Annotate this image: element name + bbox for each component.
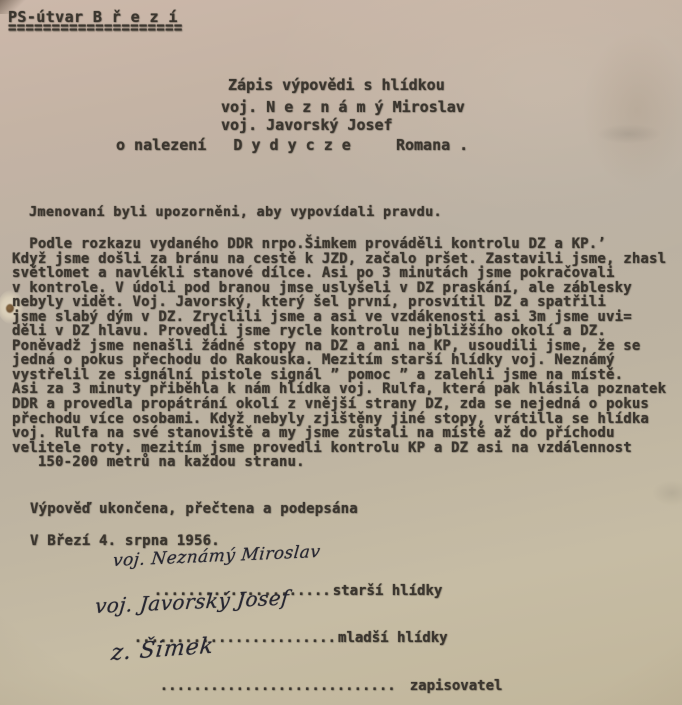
testimony-line: 150-200 metrů na každou stranu. xyxy=(12,455,666,470)
testimony-line: Asi za 3 minuty přiběhla k nám hlídka vo… xyxy=(12,382,666,397)
testimony-line: jedná o pokus přechodu do Rakouska. Mezi… xyxy=(12,353,666,368)
document-title: Zápis výpovědi s hlídkou xyxy=(228,76,445,94)
closing-statement: Výpověď ukončena, přečtena a podepsána xyxy=(30,501,358,517)
paper-stain xyxy=(596,124,662,144)
testimony-line: děli v DZ hlavu. Provedli jsme rycle kon… xyxy=(12,324,666,339)
testimony-line: v kontrole. V údoli pod branou jmse usly… xyxy=(12,281,666,296)
signature-role-label: starší hlídky xyxy=(333,583,443,599)
signature-row-recorder: ............................zapisovatel xyxy=(126,662,502,705)
header-underline: ==================== xyxy=(8,18,183,38)
signature-role-label: mladší hlídky xyxy=(338,630,448,646)
testimony-line: světlomet a navlékli stanové dílce. Asi … xyxy=(12,266,666,281)
signature-role-label: zapisovatel xyxy=(410,678,503,694)
signature-dotted-line: ............................ xyxy=(160,678,396,694)
subject-line: o nalezení D y d y c z e Romana . xyxy=(116,136,468,154)
paper-stain xyxy=(652,480,682,506)
testimony-line: nebyly vidět. Voj. Javorský, který šel p… xyxy=(12,295,666,310)
testimony-line: DDR a provedla propátrání okolí z vnější… xyxy=(12,397,666,412)
witness-name-1: voj. N e z n á m ý Miroslav xyxy=(221,98,465,116)
testimony-line: voj. Rulfa na své stanoviště a my jsme z… xyxy=(12,426,666,441)
witness-name-2: voj. Javorský Josef xyxy=(221,116,393,134)
oath-statement: Jmenovaní byli upozorněni, aby vypovídal… xyxy=(29,204,442,220)
scanned-document-page: PS-útvar B ř e z í ==================== … xyxy=(0,0,682,705)
testimony-line: přechodu více osobami. Když nebyly zjišt… xyxy=(12,412,666,427)
paper-stain xyxy=(582,30,682,190)
testimony-line: Podle rozkazu vydaného DDR nrpo.Šimkem p… xyxy=(12,237,666,252)
testimony-line: Když jsme došli za bránu na cestě k JZD,… xyxy=(12,252,666,267)
testimony-paragraph: Podle rozkazu vydaného DDR nrpo.Šimkem p… xyxy=(12,237,666,470)
